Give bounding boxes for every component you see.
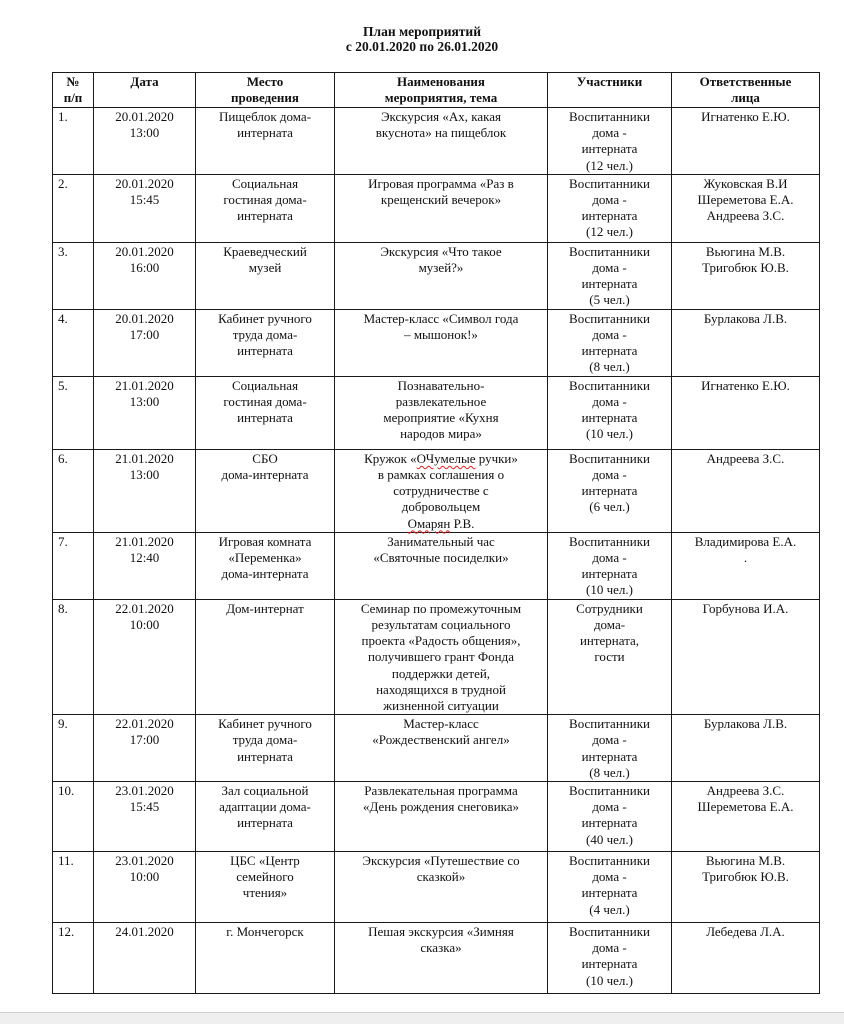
cell-text: 20.01.2020 bbox=[97, 311, 192, 327]
cell-text: 10:00 bbox=[97, 869, 192, 885]
cell-number: 3. bbox=[53, 242, 94, 309]
cell-responsible: Бурлакова Л.В. bbox=[672, 309, 820, 376]
cell-text: Игнатенко Е.Ю. bbox=[675, 378, 816, 394]
header-text: Ответственные bbox=[675, 74, 816, 90]
cell-text: интерната bbox=[551, 483, 668, 499]
cell-text: 21.01.2020 bbox=[97, 451, 192, 467]
cell-text: гостиная дома- bbox=[199, 394, 331, 410]
spellcheck-underline: ОЧумелые bbox=[417, 451, 476, 466]
cell-text: 15:45 bbox=[97, 192, 192, 208]
cell-text: интерната bbox=[551, 410, 668, 426]
cell-text: Воспитанники bbox=[551, 378, 668, 394]
cell-text: 21.01.2020 bbox=[97, 378, 192, 394]
header-text: мероприятия, тема bbox=[338, 90, 544, 106]
cell-text: (8 чел.) bbox=[551, 765, 668, 781]
cell-text: сотрудничестве с bbox=[338, 483, 544, 499]
cell-participants: Сотрудникидома-интерната,гости bbox=[548, 599, 672, 714]
cell-participants: Воспитанникидома -интерната(10 чел.) bbox=[548, 923, 672, 994]
cell-participants: Воспитанникидома -интерната(10 чел.) bbox=[548, 376, 672, 449]
table-row: 5.21.01.202013:00Социальнаягостиная дома… bbox=[53, 376, 820, 449]
cell-text: интерната bbox=[551, 885, 668, 901]
cell-text: интерната bbox=[199, 208, 331, 224]
document-subtitle: с 20.01.2020 по 26.01.2020 bbox=[0, 39, 844, 54]
cell-text: жизненной ситуации bbox=[338, 698, 544, 714]
header-text: Дата bbox=[97, 74, 192, 90]
cell-text: гости bbox=[551, 649, 668, 665]
cell-participants: Воспитанникидома -интерната(6 чел.) bbox=[548, 449, 672, 532]
cell-number: 6. bbox=[53, 449, 94, 532]
cell-responsible: Вьюгина М.В.Тригобюк Ю.В. bbox=[672, 852, 820, 923]
cell-text: труда дома- bbox=[199, 732, 331, 748]
cell-date: 23.01.202010:00 bbox=[94, 852, 196, 923]
cell-responsible: Андреева З.С.Шереметова Е.А. bbox=[672, 782, 820, 852]
cell-text: СБО bbox=[199, 451, 331, 467]
cell-participants: Воспитанникидома -интерната(40 чел.) bbox=[548, 782, 672, 852]
cell-text: (10 чел.) bbox=[551, 582, 668, 598]
cell-text: Экскурсия «Ах, какая bbox=[338, 109, 544, 125]
cell-place: Краеведческиймузей bbox=[196, 242, 335, 309]
cell-text: Кабинет ручного bbox=[199, 716, 331, 732]
cell-responsible: Игнатенко Е.Ю. bbox=[672, 108, 820, 175]
cell-date: 21.01.202013:00 bbox=[94, 449, 196, 532]
table-row: 7.21.01.202012:40Игровая комната«Перемен… bbox=[53, 532, 820, 599]
cell-event: Мастер-класс«Рождественский ангел» bbox=[335, 715, 548, 782]
cell-text: в рамках соглашения о bbox=[338, 467, 544, 483]
table-row: 11.23.01.202010:00ЦБС «Центрсемейногочте… bbox=[53, 852, 820, 923]
cell-date: 23.01.202015:45 bbox=[94, 782, 196, 852]
cell-text: Игровая программа «Раз в bbox=[338, 176, 544, 192]
cell-text: интерната bbox=[199, 125, 331, 141]
cell-text: интерната bbox=[551, 276, 668, 292]
table-row: 8.22.01.202010:00Дом-интернатСеминар по … bbox=[53, 599, 820, 714]
cell-place: СБОдома-интерната bbox=[196, 449, 335, 532]
cell-text: 7. bbox=[58, 534, 90, 550]
table-header-row: №п/пДатаМестопроведенияНаименованиямероп… bbox=[53, 73, 820, 108]
cell-text: Шереметова Е.А. bbox=[675, 192, 816, 208]
cell-event: Семинар по промежуточнымрезультатам соци… bbox=[335, 599, 548, 714]
cell-number: 11. bbox=[53, 852, 94, 923]
cell-text: 11. bbox=[58, 853, 90, 869]
cell-date: 20.01.202016:00 bbox=[94, 242, 196, 309]
cell-text: сказкой» bbox=[338, 869, 544, 885]
cell-text: 15:45 bbox=[97, 799, 192, 815]
cell-text: Кабинет ручного bbox=[199, 311, 331, 327]
cell-text: развлекательное bbox=[338, 394, 544, 410]
cell-date: 20.01.202013:00 bbox=[94, 108, 196, 175]
cell-number: 4. bbox=[53, 309, 94, 376]
cell-text: 17:00 bbox=[97, 327, 192, 343]
cell-text: 20.01.2020 bbox=[97, 109, 192, 125]
header-participants: Участники bbox=[548, 73, 672, 108]
cell-event: Игровая программа «Раз вкрещенский вечер… bbox=[335, 174, 548, 242]
cell-text: Пешая экскурсия «Зимняя bbox=[338, 924, 544, 940]
table-row: 9.22.01.202017:00Кабинет ручноготруда до… bbox=[53, 715, 820, 782]
bottom-status-strip bbox=[0, 1012, 844, 1024]
table-row: 12.24.01.2020г. МончегорскПешая экскурси… bbox=[53, 923, 820, 994]
cell-text: Социальная bbox=[199, 378, 331, 394]
cell-text: 20.01.2020 bbox=[97, 244, 192, 260]
cell-text: интерната bbox=[199, 410, 331, 426]
cell-text: Игровая комната bbox=[199, 534, 331, 550]
cell-text: находящихся в трудной bbox=[338, 682, 544, 698]
cell-text: проекта «Радость общения», bbox=[338, 633, 544, 649]
cell-text: Вьюгина М.В. bbox=[675, 853, 816, 869]
cell-text: Воспитанники bbox=[551, 451, 668, 467]
cell-event: Экскурсия «Что такоемузей?» bbox=[335, 242, 548, 309]
cell-text: дома- bbox=[551, 617, 668, 633]
header-text: № bbox=[56, 74, 90, 90]
cell-text: Андреева З.С. bbox=[675, 451, 816, 467]
cell-place: Кабинет ручноготруда дома-интерната bbox=[196, 309, 335, 376]
cell-text: дома-интерната bbox=[199, 467, 331, 483]
cell-text: Воспитанники bbox=[551, 534, 668, 550]
cell-text: 10:00 bbox=[97, 617, 192, 633]
cell-text: Воспитанники bbox=[551, 924, 668, 940]
cell-place: г. Мончегорск bbox=[196, 923, 335, 994]
cell-text: Развлекательная программа bbox=[338, 783, 544, 799]
cell-text: 8. bbox=[58, 601, 90, 617]
header-event: Наименованиямероприятия, тема bbox=[335, 73, 548, 108]
cell-place: Социальнаягостиная дома-интерната bbox=[196, 174, 335, 242]
cell-place: Пищеблок дома-интерната bbox=[196, 108, 335, 175]
cell-responsible: Горбунова И.А. bbox=[672, 599, 820, 714]
cell-text: (10 чел.) bbox=[551, 426, 668, 442]
cell-participants: Воспитанникидома -интерната(5 чел.) bbox=[548, 242, 672, 309]
cell-text: 20.01.2020 bbox=[97, 176, 192, 192]
cell-text: интерната bbox=[199, 749, 331, 765]
cell-text: чтения» bbox=[199, 885, 331, 901]
cell-text: Горбунова И.А. bbox=[675, 601, 816, 617]
cell-text: 13:00 bbox=[97, 125, 192, 141]
cell-text: Занимательный час bbox=[338, 534, 544, 550]
cell-number: 9. bbox=[53, 715, 94, 782]
cell-text: Воспитанники bbox=[551, 311, 668, 327]
cell-text: дома - bbox=[551, 125, 668, 141]
cell-text: дома - bbox=[551, 940, 668, 956]
cell-number: 5. bbox=[53, 376, 94, 449]
table-row: 1.20.01.202013:00Пищеблок дома-интерната… bbox=[53, 108, 820, 175]
cell-text: Дом-интернат bbox=[199, 601, 331, 617]
header-text: Участники bbox=[551, 74, 668, 90]
cell-text: интерната bbox=[551, 343, 668, 359]
cell-text: 5. bbox=[58, 378, 90, 394]
cell-participants: Воспитанникидома -интерната(8 чел.) bbox=[548, 309, 672, 376]
cell-text: поддержки детей, bbox=[338, 666, 544, 682]
cell-text: Тригобюк Ю.В. bbox=[675, 260, 816, 276]
cell-participants: Воспитанникидома -интерната(4 чел.) bbox=[548, 852, 672, 923]
cell-text: адаптации дома- bbox=[199, 799, 331, 815]
cell-text: Бурлакова Л.В. bbox=[675, 311, 816, 327]
cell-text: Экскурсия «Путешествие со bbox=[338, 853, 544, 869]
cell-place: ЦБС «Центрсемейногочтения» bbox=[196, 852, 335, 923]
cell-text: 22.01.2020 bbox=[97, 716, 192, 732]
cell-text: интерната bbox=[199, 343, 331, 359]
cell-date: 20.01.202017:00 bbox=[94, 309, 196, 376]
cell-text: 6. bbox=[58, 451, 90, 467]
cell-text: труда дома- bbox=[199, 327, 331, 343]
cell-participants: Воспитанникидома -интерната(12 чел.) bbox=[548, 174, 672, 242]
cell-text: музей bbox=[199, 260, 331, 276]
header-text: лица bbox=[675, 90, 816, 106]
cell-text: Воспитанники bbox=[551, 109, 668, 125]
cell-text: ЦБС «Центр bbox=[199, 853, 331, 869]
cell-text: интерната bbox=[199, 815, 331, 831]
cell-date: 20.01.202015:45 bbox=[94, 174, 196, 242]
cell-text: «День рождения снеговика» bbox=[338, 799, 544, 815]
cell-text: 24.01.2020 bbox=[97, 924, 192, 940]
cell-text: интерната bbox=[551, 208, 668, 224]
cell-responsible: Андреева З.С. bbox=[672, 449, 820, 532]
cell-text: г. Мончегорск bbox=[199, 924, 331, 940]
cell-responsible: Владимирова Е.А.. bbox=[672, 532, 820, 599]
cell-text: 17:00 bbox=[97, 732, 192, 748]
cell-event: Пешая экскурсия «Зимняясказка» bbox=[335, 923, 548, 994]
cell-event: Экскурсия «Путешествие сосказкой» bbox=[335, 852, 548, 923]
cell-participants: Воспитанникидома -интерната(8 чел.) bbox=[548, 715, 672, 782]
cell-text: музей?» bbox=[338, 260, 544, 276]
cell-text: 3. bbox=[58, 244, 90, 260]
cell-number: 12. bbox=[53, 923, 94, 994]
cell-text: Владимирова Е.А. bbox=[675, 534, 816, 550]
cell-place: Кабинет ручноготруда дома-интерната bbox=[196, 715, 335, 782]
cell-text: Пищеблок дома- bbox=[199, 109, 331, 125]
cell-text: Лебедева Л.А. bbox=[675, 924, 816, 940]
cell-text: Экскурсия «Что такое bbox=[338, 244, 544, 260]
cell-text: Андреева З.С. bbox=[675, 208, 816, 224]
cell-text: Воспитанники bbox=[551, 176, 668, 192]
header-place: Местопроведения bbox=[196, 73, 335, 108]
cell-text: Воспитанники bbox=[551, 716, 668, 732]
cell-text: Воспитанники bbox=[551, 244, 668, 260]
cell-number: 2. bbox=[53, 174, 94, 242]
table-row: 3.20.01.202016:00КраеведческиймузейЭкску… bbox=[53, 242, 820, 309]
cell-participants: Воспитанникидома -интерната(10 чел.) bbox=[548, 532, 672, 599]
cell-date: 24.01.2020 bbox=[94, 923, 196, 994]
table-row: 10.23.01.202015:45Зал социальнойадаптаци… bbox=[53, 782, 820, 852]
cell-text: 22.01.2020 bbox=[97, 601, 192, 617]
header-number: №п/п bbox=[53, 73, 94, 108]
cell-place: Дом-интернат bbox=[196, 599, 335, 714]
document-title-block: План мероприятий с 20.01.2020 по 26.01.2… bbox=[0, 24, 844, 54]
cell-text: «Святочные посиделки» bbox=[338, 550, 544, 566]
cell-text: дома - bbox=[551, 869, 668, 885]
cell-text: интерната, bbox=[551, 633, 668, 649]
cell-number: 8. bbox=[53, 599, 94, 714]
cell-responsible: Бурлакова Л.В. bbox=[672, 715, 820, 782]
header-text: проведения bbox=[199, 90, 331, 106]
cell-text: (12 чел.) bbox=[551, 224, 668, 240]
cell-text: Шереметова Е.А. bbox=[675, 799, 816, 815]
cell-date: 22.01.202010:00 bbox=[94, 599, 196, 714]
cell-place: Игровая комната«Переменка»дома-интерната bbox=[196, 532, 335, 599]
cell-text: Бурлакова Л.В. bbox=[675, 716, 816, 732]
cell-text: Кружок «ОЧумелые ручки» bbox=[338, 451, 544, 467]
cell-text: добровольцем bbox=[338, 499, 544, 515]
cell-text: Зал социальной bbox=[199, 783, 331, 799]
cell-place: Социальнаягостиная дома-интерната bbox=[196, 376, 335, 449]
cell-text: Краеведческий bbox=[199, 244, 331, 260]
spellcheck-underline: Омарян bbox=[408, 516, 451, 531]
cell-text: (10 чел.) bbox=[551, 973, 668, 989]
cell-text: 10. bbox=[58, 783, 90, 799]
cell-text: дома - bbox=[551, 327, 668, 343]
cell-text: получившего грант Фонда bbox=[338, 649, 544, 665]
cell-text: вкуснота» на пищеблок bbox=[338, 125, 544, 141]
cell-event: Кружок «ОЧумелые ручки»в рамках соглашен… bbox=[335, 449, 548, 532]
cell-text: Андреева З.С. bbox=[675, 783, 816, 799]
cell-text: (40 чел.) bbox=[551, 832, 668, 848]
cell-text: Вьюгина М.В. bbox=[675, 244, 816, 260]
cell-text: (6 чел.) bbox=[551, 499, 668, 515]
document-title: План мероприятий bbox=[0, 24, 844, 39]
cell-responsible: Игнатенко Е.Ю. bbox=[672, 376, 820, 449]
cell-text: 23.01.2020 bbox=[97, 853, 192, 869]
cell-text: дома - bbox=[551, 550, 668, 566]
cell-event: Экскурсия «Ах, какаявкуснота» на пищебло… bbox=[335, 108, 548, 175]
cell-text: крещенский вечерок» bbox=[338, 192, 544, 208]
cell-text: Тригобюк Ю.В. bbox=[675, 869, 816, 885]
cell-text: Социальная bbox=[199, 176, 331, 192]
cell-text: Семинар по промежуточным bbox=[338, 601, 544, 617]
cell-participants: Воспитанникидома -интерната(12 чел.) bbox=[548, 108, 672, 175]
table-row: 6.21.01.202013:00СБОдома-интернатаКружок… bbox=[53, 449, 820, 532]
cell-date: 21.01.202013:00 bbox=[94, 376, 196, 449]
cell-text: семейного bbox=[199, 869, 331, 885]
events-plan-table: №п/пДатаМестопроведенияНаименованиямероп… bbox=[52, 72, 820, 994]
cell-text: Омарян Р.В. bbox=[338, 516, 544, 532]
cell-number: 10. bbox=[53, 782, 94, 852]
cell-text: интерната bbox=[551, 749, 668, 765]
cell-text: дома - bbox=[551, 394, 668, 410]
cell-event: Развлекательная программа«День рождения … bbox=[335, 782, 548, 852]
cell-text: народов мира» bbox=[338, 426, 544, 442]
header-text: Место bbox=[199, 74, 331, 90]
cell-text: Воспитанники bbox=[551, 783, 668, 799]
cell-text: 12. bbox=[58, 924, 90, 940]
cell-text: Игнатенко Е.Ю. bbox=[675, 109, 816, 125]
cell-text: (12 чел.) bbox=[551, 158, 668, 174]
cell-text: Мастер-класс bbox=[338, 716, 544, 732]
cell-text: дома - bbox=[551, 799, 668, 815]
cell-text: дома - bbox=[551, 192, 668, 208]
cell-text: Воспитанники bbox=[551, 853, 668, 869]
cell-date: 21.01.202012:40 bbox=[94, 532, 196, 599]
cell-text: 23.01.2020 bbox=[97, 783, 192, 799]
cell-text: гостиная дома- bbox=[199, 192, 331, 208]
cell-text: дома - bbox=[551, 467, 668, 483]
cell-text: дома-интерната bbox=[199, 566, 331, 582]
cell-number: 1. bbox=[53, 108, 94, 175]
table-row: 2.20.01.202015:45Социальнаягостиная дома… bbox=[53, 174, 820, 242]
cell-number: 7. bbox=[53, 532, 94, 599]
table-row: 4.20.01.202017:00Кабинет ручноготруда до… bbox=[53, 309, 820, 376]
cell-text: дома - bbox=[551, 260, 668, 276]
cell-text: Мастер-класс «Символ года bbox=[338, 311, 544, 327]
cell-text: 2. bbox=[58, 176, 90, 192]
cell-text: интерната bbox=[551, 566, 668, 582]
cell-place: Зал социальнойадаптации дома-интерната bbox=[196, 782, 335, 852]
cell-event: Занимательный час«Святочные посиделки» bbox=[335, 532, 548, 599]
cell-date: 22.01.202017:00 bbox=[94, 715, 196, 782]
cell-text: 21.01.2020 bbox=[97, 534, 192, 550]
cell-responsible: Жуковская В.ИШереметова Е.А.Андреева З.С… bbox=[672, 174, 820, 242]
cell-text: (4 чел.) bbox=[551, 902, 668, 918]
cell-text: «Переменка» bbox=[199, 550, 331, 566]
header-text: п/п bbox=[56, 90, 90, 106]
cell-text: 1. bbox=[58, 109, 90, 125]
cell-text: интерната bbox=[551, 141, 668, 157]
cell-text: Познавательно- bbox=[338, 378, 544, 394]
cell-text: интерната bbox=[551, 956, 668, 972]
cell-text: 16:00 bbox=[97, 260, 192, 276]
cell-text: 13:00 bbox=[97, 467, 192, 483]
cell-text: (5 чел.) bbox=[551, 292, 668, 308]
cell-text: мероприятие «Кухня bbox=[338, 410, 544, 426]
cell-event: Познавательно-развлекательноемероприятие… bbox=[335, 376, 548, 449]
cell-text: – мышонок!» bbox=[338, 327, 544, 343]
cell-text: 12:40 bbox=[97, 550, 192, 566]
cell-text: 4. bbox=[58, 311, 90, 327]
header-text: Наименования bbox=[338, 74, 544, 90]
cell-text: Жуковская В.И bbox=[675, 176, 816, 192]
cell-text: результатам социального bbox=[338, 617, 544, 633]
cell-event: Мастер-класс «Символ года– мышонок!» bbox=[335, 309, 548, 376]
cell-text: дома - bbox=[551, 732, 668, 748]
cell-text: Сотрудники bbox=[551, 601, 668, 617]
cell-text: . bbox=[675, 550, 816, 566]
cell-text: 13:00 bbox=[97, 394, 192, 410]
cell-text: (8 чел.) bbox=[551, 359, 668, 375]
cell-text: 9. bbox=[58, 716, 90, 732]
cell-responsible: Вьюгина М.В.Тригобюк Ю.В. bbox=[672, 242, 820, 309]
header-responsible: Ответственныелица bbox=[672, 73, 820, 108]
cell-text: сказка» bbox=[338, 940, 544, 956]
cell-text: интерната bbox=[551, 815, 668, 831]
header-date: Дата bbox=[94, 73, 196, 108]
cell-text: «Рождественский ангел» bbox=[338, 732, 544, 748]
cell-responsible: Лебедева Л.А. bbox=[672, 923, 820, 994]
